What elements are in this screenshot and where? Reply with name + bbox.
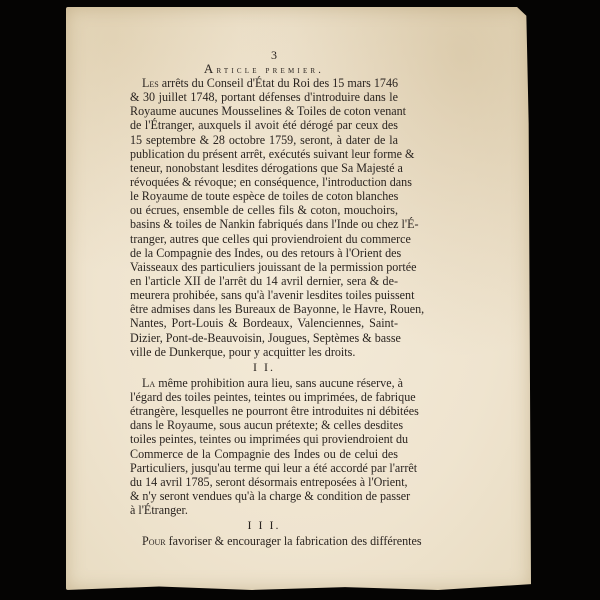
text-line: du 14 avril 1785, seront désormais entre… bbox=[130, 475, 398, 489]
text-line: tranger, autres que celles qui proviendr… bbox=[130, 232, 398, 246]
text-line: Nantes, Port-Louis & Bordeaux, Valencien… bbox=[130, 316, 398, 330]
text-line: Pour favoriser & encourager la fabricati… bbox=[130, 534, 398, 548]
text-line: révoquées & révoque; en conséquence, l'i… bbox=[130, 175, 398, 189]
text-line: Dizier, Pont-de-Beauvoisin, Jougues, Sep… bbox=[130, 331, 398, 345]
text-line: Vaisseaux des particuliers jouissant de … bbox=[130, 260, 398, 274]
text-line: le Royaume de toute espèce de toiles de … bbox=[130, 189, 398, 203]
text-line: ville de Dunkerque, pour y acquitter les… bbox=[130, 345, 398, 359]
text-line: Les arrêts du Conseil d'État du Roi des … bbox=[130, 76, 398, 90]
article-3: Pour favoriser & encourager la fabricati… bbox=[130, 534, 398, 548]
text-line: Commerce de la Compagnie des Indes ou de… bbox=[130, 447, 398, 461]
article-1: Les arrêts du Conseil d'État du Roi des … bbox=[130, 76, 398, 359]
text-line: La même prohibition aura lieu, sans aucu… bbox=[130, 376, 398, 390]
article-numeral: I I I. bbox=[130, 517, 398, 534]
text-line: & n'y seront vendues qu'à la charge & co… bbox=[130, 489, 398, 503]
text-line: Particuliers, jusqu'au terme qui leur a … bbox=[130, 461, 398, 475]
text-line: être admises dans les Bureaux de Bayonne… bbox=[130, 302, 398, 316]
text-line: l'égard des toiles peintes, teintes ou i… bbox=[130, 390, 398, 404]
text-line: de l'Étranger, auxquels il avoit été dér… bbox=[130, 118, 398, 132]
text-line: ou écrues, ensemble de celles fils & cot… bbox=[130, 203, 398, 217]
document-page: 3 Article premier. Les arrêts du Conseil… bbox=[130, 48, 398, 548]
text-line: étrangère, lesquelles ne pourront être i… bbox=[130, 404, 398, 418]
article-numeral: I I. bbox=[130, 359, 398, 376]
text-line: 15 septembre & 28 octobre 1759, seront, … bbox=[130, 133, 398, 147]
text-line: Royaume aucunes Mousselines & Toiles de … bbox=[130, 104, 398, 118]
text-line: basins & toiles de Nankin fabriqués dans… bbox=[130, 217, 398, 231]
lead-word: Pour bbox=[142, 534, 166, 548]
text-line: toiles peintes, teintes ou imprimées qui… bbox=[130, 432, 398, 446]
text-line: en l'article XII de l'arrêt du 14 avril … bbox=[130, 274, 398, 288]
lead-word: La bbox=[142, 376, 155, 390]
article-heading: Article premier. bbox=[130, 62, 398, 76]
article-2: La même prohibition aura lieu, sans aucu… bbox=[130, 376, 398, 517]
lead-word: Les bbox=[142, 76, 159, 90]
text-line: de la Compagnie des Indes, ou des retour… bbox=[130, 246, 398, 260]
text-line: à l'Étranger. bbox=[130, 503, 398, 517]
page-number: 3 bbox=[130, 48, 398, 62]
text-line: meurera prohibée, sans qu'à l'avenir les… bbox=[130, 288, 398, 302]
text-line: teneur, nonobstant lesdites dérogations … bbox=[130, 161, 398, 175]
text-line: publication du présent arrêt, exécutés s… bbox=[130, 147, 398, 161]
text-line: dans le Royaume, sous aucun prétexte; & … bbox=[130, 418, 398, 432]
text-line: & 30 juillet 1748, portant défenses d'in… bbox=[130, 90, 398, 104]
